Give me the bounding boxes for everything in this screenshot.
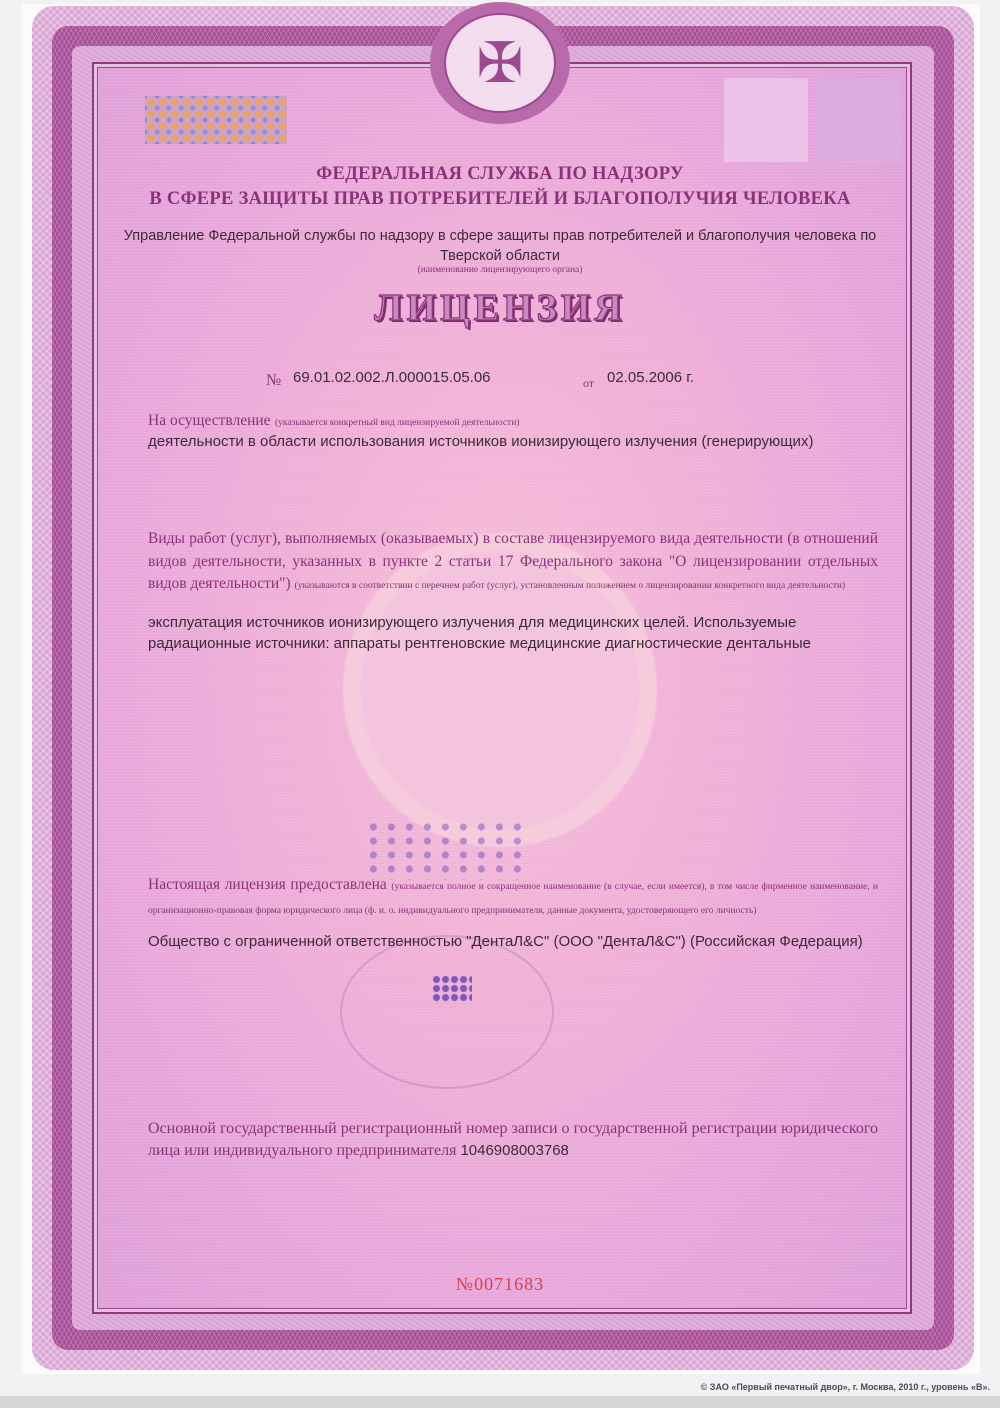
scan-edge bbox=[0, 1396, 1000, 1408]
printer-imprint: © ЗАО «Первый печатный двор», г. Москва,… bbox=[600, 1382, 990, 1392]
emblem-medallion: ✠ bbox=[430, 2, 570, 124]
security-patch-right bbox=[816, 78, 902, 162]
date-label: от bbox=[583, 376, 594, 391]
purpose-label: На осуществление bbox=[148, 412, 271, 429]
works-label-block: Виды работ (услуг), выполняемых (оказыва… bbox=[148, 528, 878, 598]
agency-name-line-2: В СФЕРЕ ЗАЩИТЫ ПРАВ ПОТРЕБИТЕЛЕЙ И БЛАГО… bbox=[100, 189, 900, 210]
hologram-strip bbox=[145, 96, 287, 144]
license-date: 02.05.2006 г. bbox=[607, 369, 694, 386]
works-caption: (указываются в соответствии с перечнем р… bbox=[295, 581, 846, 591]
ogrn-block: Основной государственный регистрационный… bbox=[148, 1118, 878, 1162]
works-value: эксплуатация источников ионизирующего из… bbox=[148, 612, 898, 654]
ogrn-value: 1046908003768 bbox=[460, 1142, 568, 1159]
security-patch-left bbox=[724, 78, 808, 162]
number-sign: № bbox=[266, 372, 281, 390]
holder-label-block: Настоящая лицензия предоставлена (указыв… bbox=[148, 874, 878, 922]
stamp-ink-marks bbox=[432, 975, 472, 1003]
official-stamp-impression bbox=[340, 935, 554, 1089]
agency-name-line-1: ФЕДЕРАЛЬНАЯ СЛУЖБА ПО НАДЗОРУ bbox=[100, 164, 900, 185]
purpose-label-row: На осуществление (указывается конкретный… bbox=[148, 412, 519, 430]
issuing-authority: Управление Федеральной службы по надзору… bbox=[110, 226, 890, 266]
double-headed-eagle-emblem-icon: ✠ bbox=[444, 13, 556, 113]
license-holder: Общество с ограниченной ответственностью… bbox=[148, 931, 868, 952]
document-title: ЛИЦЕНЗИЯ bbox=[300, 286, 700, 330]
blank-serial-number: №0071683 bbox=[400, 1274, 600, 1295]
issuing-authority-caption: (наименование лицензирующего органа) bbox=[100, 265, 900, 275]
purpose-caption: (указывается конкретный вид лицензируемо… bbox=[275, 418, 519, 428]
license-number: 69.01.02.002.Л.000015.05.06 bbox=[293, 369, 491, 386]
signature-ink-marks bbox=[368, 820, 528, 880]
holder-label: Настоящая лицензия предоставлена bbox=[148, 876, 387, 893]
purpose-value: деятельности в области использования ист… bbox=[148, 431, 813, 452]
